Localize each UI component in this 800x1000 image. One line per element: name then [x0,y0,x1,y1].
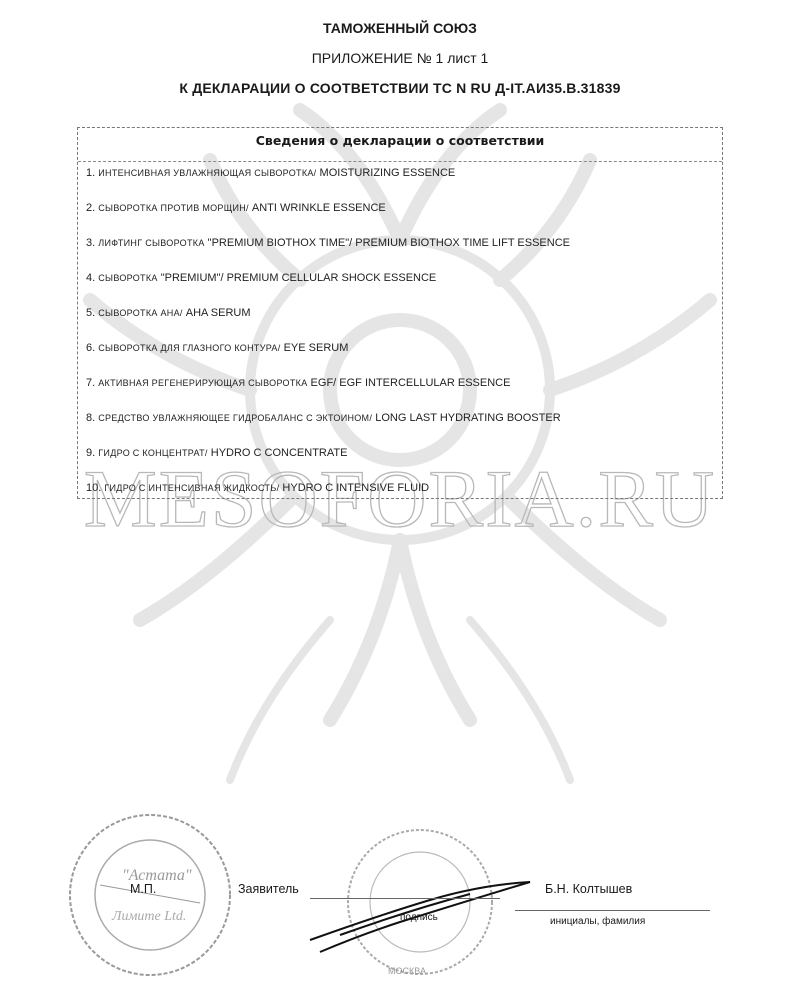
item-name-en: MOISTURIZING ESSENCE [316,167,455,179]
appendix-title: ПРИЛОЖЕНИЕ № 1 лист 1 [0,50,800,66]
name-line [515,910,710,911]
item-name-ru: ЛИФТИНГ СЫВОРОТКА [98,238,204,248]
item-name-en: EYE SERUM [281,342,349,354]
item-name-ru: АКТИВНАЯ РЕГЕНЕРИРУЮЩАЯ СЫВОРОТКА [98,378,307,388]
item-number: 9. [86,447,95,459]
item-name-en: ANTI WRINKLE ESSENCE [249,202,386,214]
signature-caption: подпись [400,912,438,923]
table-row: 2. СЫВОРОТКА ПРОТИВ МОРЩИН/ ANTI WRINKLE… [86,202,386,214]
signature-line [310,898,500,899]
item-name-en: AHA SERUM [183,307,251,319]
table-row: 1. ИНТЕНСИВНАЯ УВЛАЖНЯЮЩАЯ СЫВОРОТКА/ MO… [86,167,455,179]
item-number: 7. [86,377,95,389]
item-number: 10. [86,482,101,494]
applicant-label: Заявитель [238,882,299,896]
svg-text:МОСКВА: МОСКВА [388,966,426,976]
table-row: 4. СЫВОРОТКА "PREMIUM"/ PREMIUM CELLULAR… [86,272,436,284]
item-number: 8. [86,412,95,424]
item-number: 1. [86,167,95,179]
declaration-title: К ДЕКЛАРАЦИИ О СООТВЕТСТВИИ ТС N RU Д-IT… [0,80,800,96]
item-number: 5. [86,307,95,319]
table-title: Сведения о декларации о соответствии [78,128,722,162]
item-name-ru: СЫВОРОТКА ПРОТИВ МОРЩИН/ [98,203,249,213]
declaration-table: Сведения о декларации о соответствии 1. … [77,127,723,499]
item-name-ru: СРЕДСТВО УВЛАЖНЯЮЩЕЕ ГИДРОБАЛАНС С ЭКТОИ… [98,413,372,423]
item-name-en: EGF/ EGF INTERCELLULAR ESSENCE [308,377,511,389]
item-name-ru: ИНТЕНСИВНАЯ УВЛАЖНЯЮЩАЯ СЫВОРОТКА/ [98,168,316,178]
table-row: 5. СЫВОРОТКА АНА/ AHA SERUM [86,307,251,319]
seal-label: М.П. [130,882,156,896]
table-row: 9. ГИДРО С КОНЦЕНТРАТ/ HYDRO C CONCENTRA… [86,447,347,459]
item-name-ru: ГИДРО С КОНЦЕНТРАТ/ [98,448,207,458]
item-name-en: HYDRO C CONCENTRATE [208,447,348,459]
item-name-en: LONG LAST HYDRATING BOOSTER [372,412,560,424]
table-row: 6. СЫВОРОТКА ДЛЯ ГЛАЗНОГО КОНТУРА/ EYE S… [86,342,348,354]
item-name-ru: СЫВОРОТКА ДЛЯ ГЛАЗНОГО КОНТУРА/ [98,343,280,353]
item-number: 3. [86,237,95,249]
item-name-en: "PREMIUM BIOTHOX TIME"/ PREMIUM BIOTHOX … [205,237,570,249]
table-row: 8. СРЕДСТВО УВЛАЖНЯЮЩЕЕ ГИДРОБАЛАНС С ЭК… [86,412,561,424]
table-row: 10. ГИДРО С ИНТЕНСИВНАЯ ЖИДКОСТЬ/ HYDRO … [86,482,429,494]
signer-name: Б.Н. Колтышев [545,882,632,896]
item-name-ru: СЫВОРОТКА [98,273,157,283]
table-row: 3. ЛИФТИНГ СЫВОРОТКА "PREMIUM BIOTHOX TI… [86,237,570,249]
item-number: 6. [86,342,95,354]
table-row: 7. АКТИВНАЯ РЕГЕНЕРИРУЮЩАЯ СЫВОРОТКА EGF… [86,377,510,389]
svg-text:Лимите Ltd.: Лимите Ltd. [111,909,186,924]
item-name-ru: ГИДРО С ИНТЕНСИВНАЯ ЖИДКОСТЬ/ [104,483,279,493]
item-number: 4. [86,272,95,284]
union-title: ТАМОЖЕННЫЙ СОЮЗ [0,20,800,36]
item-name-en: "PREMIUM"/ PREMIUM CELLULAR SHOCK ESSENC… [158,272,437,284]
item-name-en: HYDRO C INTENSIVE FLUID [279,482,429,494]
name-caption: инициалы, фамилия [550,916,645,927]
item-number: 2. [86,202,95,214]
item-name-ru: СЫВОРОТКА АНА/ [98,308,182,318]
